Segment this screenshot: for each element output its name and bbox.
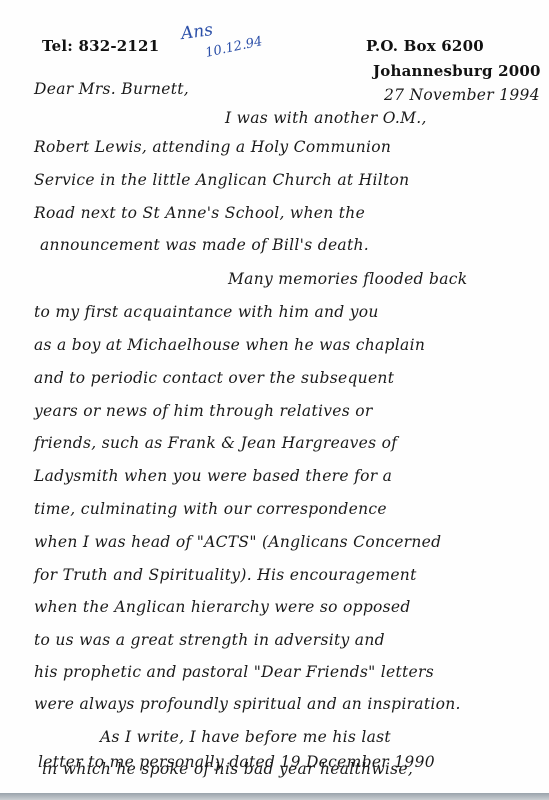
letter-line: when the Anglican hierarchy were so oppo…	[34, 598, 411, 616]
letter-line: and to periodic contact over the subsequ…	[34, 369, 394, 387]
letter-line: were always profoundly spiritual and an …	[34, 695, 461, 713]
letter-date: 27 November 1994	[384, 86, 540, 104]
salutation: Dear Mrs. Burnett,	[34, 80, 189, 98]
letterhead-city: Johannesburg 2000	[373, 62, 541, 80]
letterhead-telephone: Tel: 832-2121	[42, 37, 159, 55]
letter-line: in which he spoke of his bad year health…	[42, 760, 413, 778]
letter-line: when I was head of "ACTS" (Anglicans Con…	[34, 533, 441, 551]
letter-line: as a boy at Michaelhouse when he was cha…	[34, 336, 425, 354]
letter-line: Service in the little Anglican Church at…	[34, 171, 409, 189]
letter-line: Road next to St Anne's School, when the	[34, 204, 365, 222]
scan-bottom-edge	[0, 793, 549, 800]
letter-line: time, culminating with our correspondenc…	[34, 500, 387, 518]
letter-line: his prophetic and pastoral "Dear Friends…	[34, 663, 434, 681]
letter-page: Tel: 832-2121 P.O. Box 6200 Johannesburg…	[0, 0, 549, 793]
letter-line: Robert Lewis, attending a Holy Communion	[34, 138, 391, 156]
letter-line: Ladysmith when you were based there for …	[34, 467, 392, 485]
letter-line: years or news of him through relatives o…	[34, 402, 373, 420]
letter-line: to my first acquaintance with him and yo…	[34, 303, 379, 321]
letter-line: Many memories flooded back	[228, 270, 467, 288]
letter-line: friends, such as Frank & Jean Hargreaves…	[34, 434, 397, 452]
letterhead-po-box: P.O. Box 6200	[366, 37, 484, 55]
letter-line: announcement was made of Bill's death.	[40, 236, 369, 254]
letter-line: I was with another O.M.,	[225, 109, 427, 127]
letter-line: As I write, I have before me his last	[100, 728, 391, 746]
answered-annotation-label: Ans	[180, 20, 214, 44]
letter-line: to us was a great strength in adversity …	[34, 631, 385, 649]
letter-line: for Truth and Spirituality). His encoura…	[34, 566, 417, 584]
